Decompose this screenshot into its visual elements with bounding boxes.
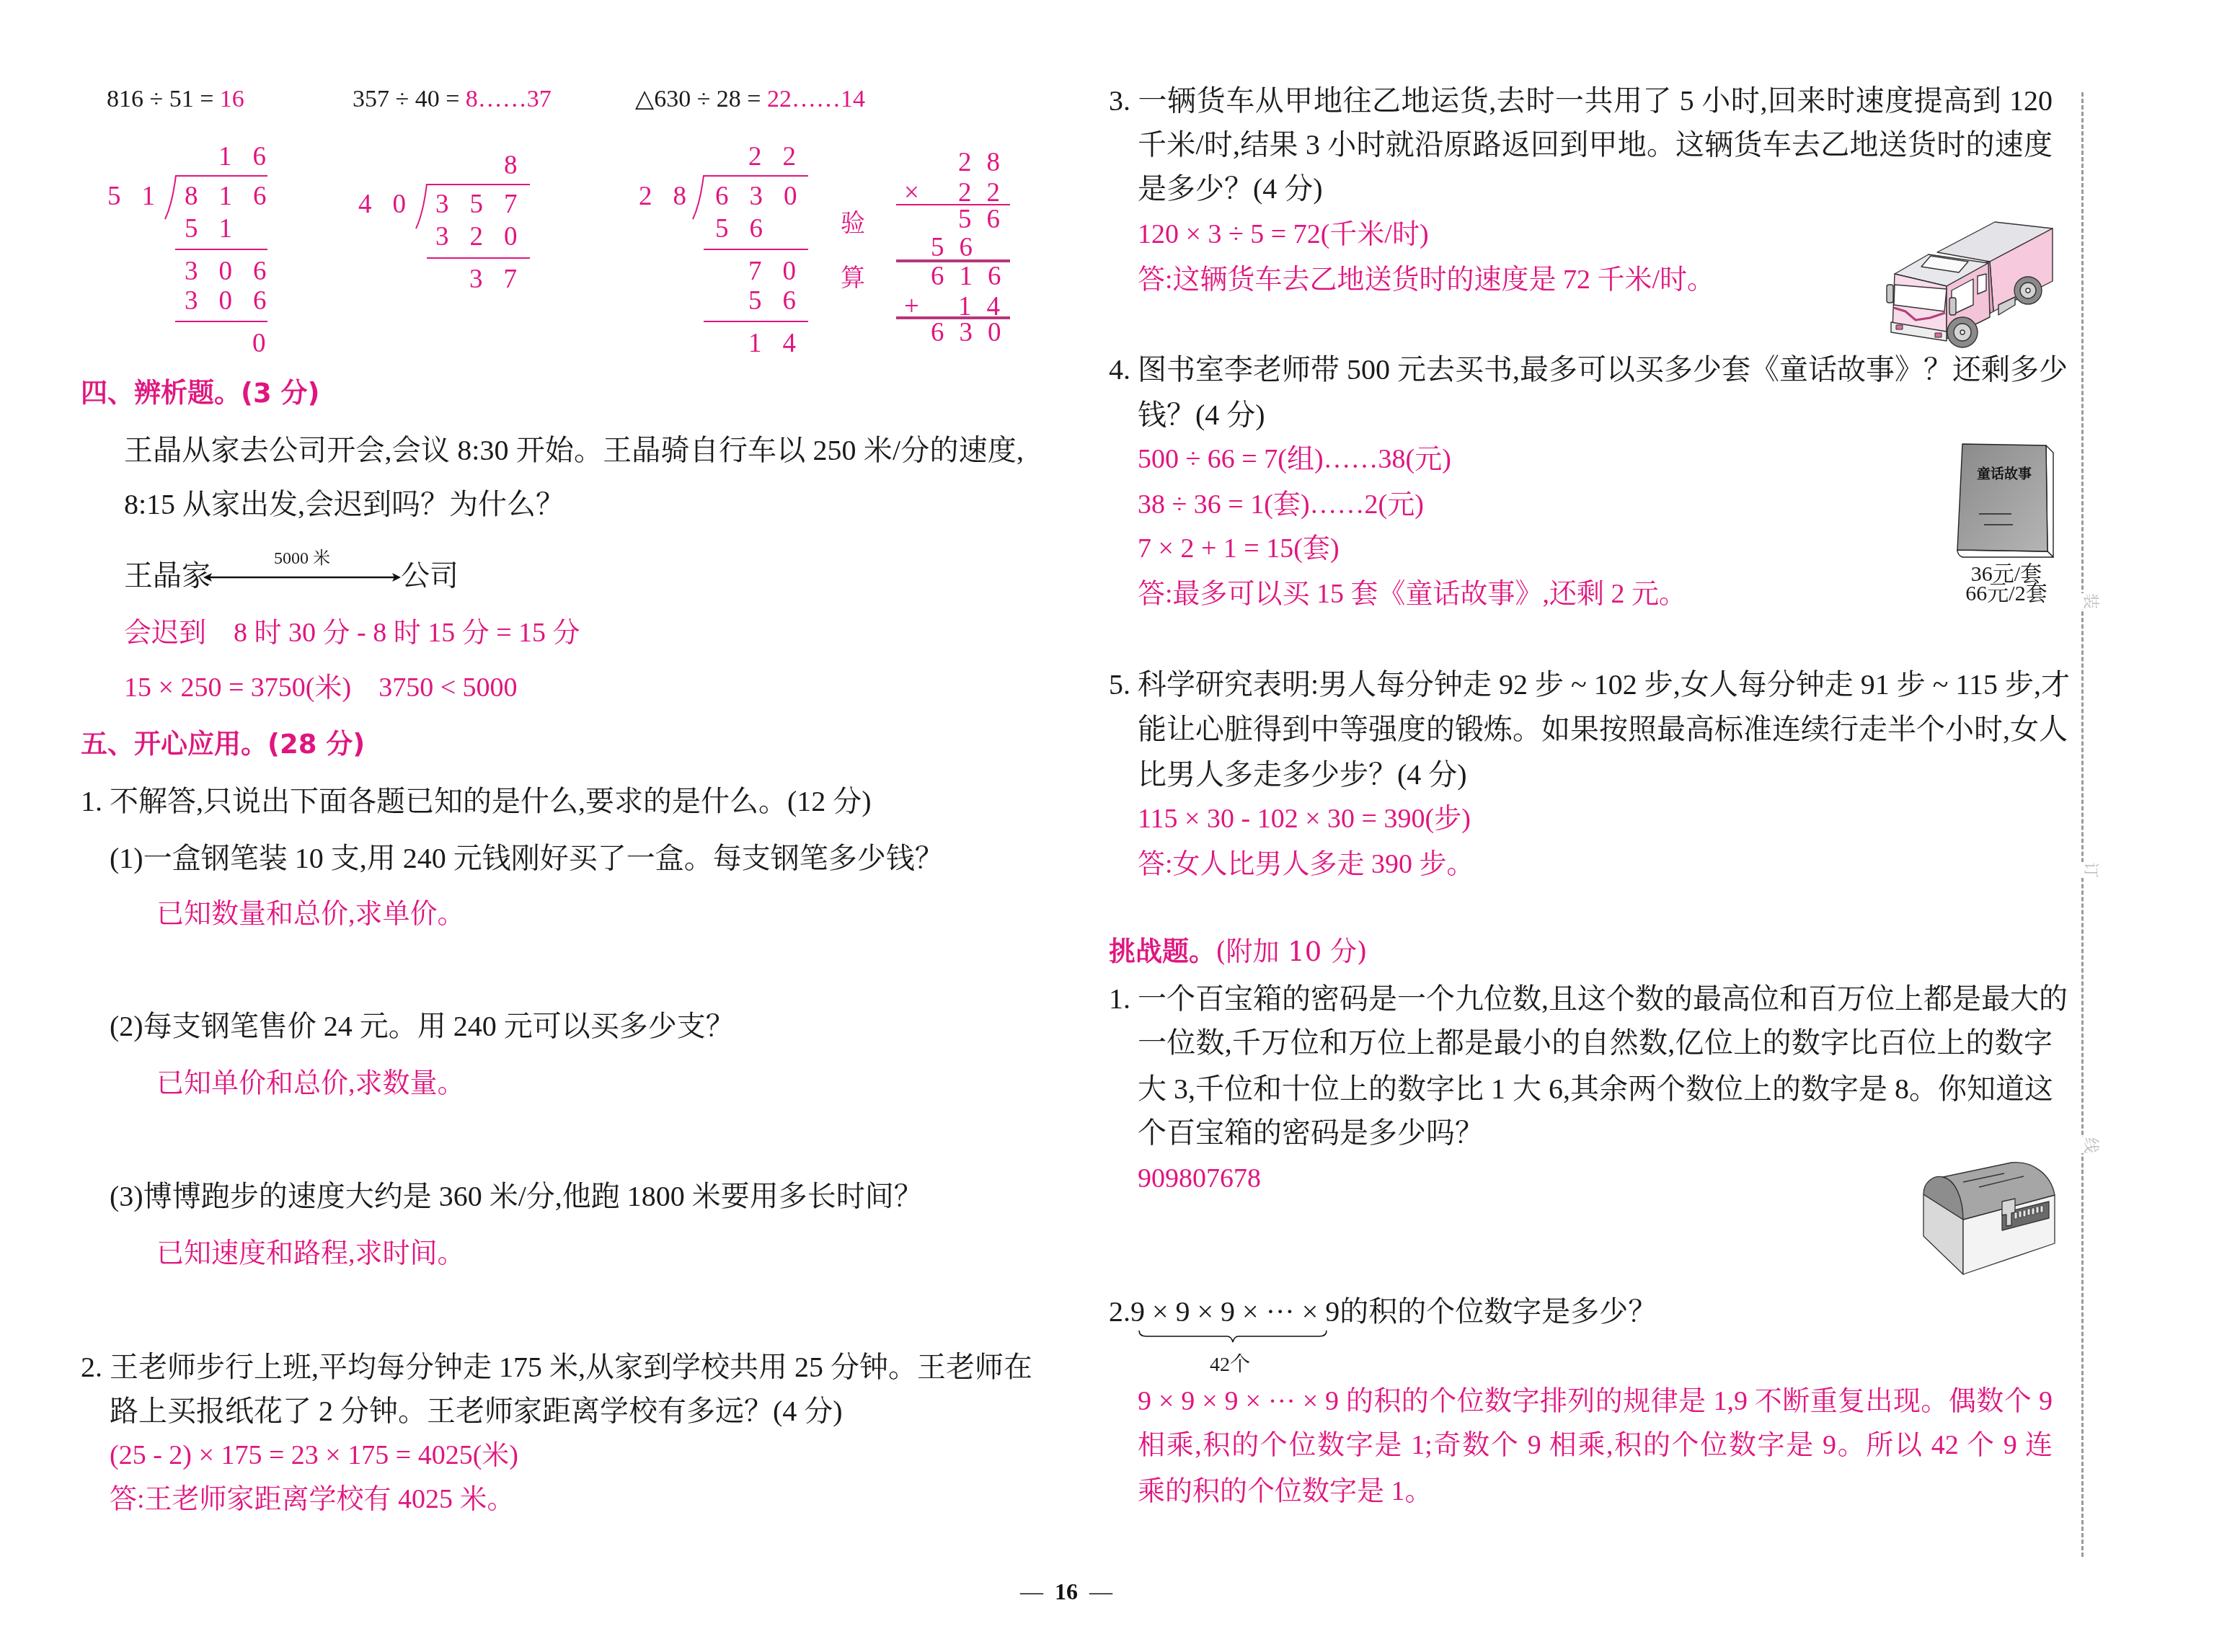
worksheet-page: 816 ÷ 51 = 16 357 ÷ 40 = 8……37 △630 ÷ 28… (0, 0, 2227, 1652)
partial-product: 56 (931, 234, 988, 262)
answer-line: (25 - 2) × 175 = 23 × 175 = 4025(米) (110, 1438, 518, 1473)
book-title: 童话故事 (1977, 466, 2032, 482)
diagram-to: 公司 (401, 559, 459, 593)
question-1-stem: 1. 不解答,只说出下面各题已知的是什么,要求的是什么。(12 分) (81, 784, 872, 819)
dividend: 357 (435, 190, 539, 219)
page-number-dash: — (1089, 1578, 1112, 1604)
sub-answer-1: 已知数量和总价,求单价。 (156, 897, 465, 931)
answer-line: 乘的积的个位数字是 1。 (1138, 1474, 1433, 1509)
problem-line: 王晶从家去公司开会,会议 8:30 开始。王晶骑自行车以 250 米/分的速度, (124, 433, 1024, 468)
verification-label: 验 (841, 209, 865, 238)
answer-line: 15 × 250 = 3750(米) 3750 < 5000 (124, 670, 518, 705)
check-total: 630 (931, 319, 1017, 347)
question-line: 是多少？(4 分) (1138, 172, 1323, 206)
answer-line: 会迟到 8 时 30 分 - 8 时 15 分 = 15 分 (124, 616, 580, 650)
brace-label: 42个 (1210, 1354, 1250, 1377)
quotient: 16 (218, 143, 287, 172)
answer-line: 500 ÷ 66 = 7(组)……38(元) (1138, 442, 1451, 476)
division-step: 51 (185, 215, 253, 244)
question-2-line: 路上买报纸花了 2 分钟。王老师家距离学校有多远？(4 分) (110, 1394, 843, 1429)
answer-line: 答:最多可以买 15 套《童话故事》,还剩 2 元。 (1138, 577, 1686, 611)
divisor: 40 (358, 190, 427, 219)
quotient: 8 (504, 151, 539, 180)
binding-label: 装 (2081, 593, 2099, 609)
question-line: 1. 一个百宝箱的密码是一个九位数,且这个数的最高位和百万位上都是最大的 (1109, 982, 2053, 1016)
question-line: 千米/时,结果 3 小时就沿原路返回到甲地。这辆货车去乙地送货时的速度 (1138, 128, 2053, 162)
question-line: 比男人多走多少步？(4 分) (1138, 758, 1467, 792)
binding-label: 线 (2081, 1137, 2099, 1153)
subtraction-line (704, 249, 808, 250)
binding-label: 订 (2081, 862, 2099, 878)
division-step: 306 (185, 287, 288, 316)
sub-answer-3: 已知速度和路程,求时间。 (156, 1236, 465, 1271)
question-line: 4. 图书室李老师带 500 元去买书,最多可以买多少套《童话故事》？还剩多少 (1109, 352, 2053, 387)
storybook-icon: 童话故事 (1947, 432, 2076, 562)
sub-question-1: (1)一盒钢笔装 10 支,用 240 元钱刚好买了一盒。每支钢笔多少钱？ (110, 841, 944, 876)
dividend: 816 (185, 182, 288, 211)
division-bar (175, 175, 267, 177)
question-line: 个百宝箱的密码是多少吗？ (1138, 1116, 1484, 1150)
times-sign: × (904, 179, 919, 208)
subtraction-line (704, 321, 808, 322)
division-step: 56 (715, 215, 784, 244)
section-title: 四、辨析题。(3 分) (81, 376, 319, 411)
division-bar (427, 184, 530, 185)
binding-dashed-line (2081, 92, 2084, 1557)
answer-line: 120 × 3 ÷ 5 = 72(千米/时) (1138, 217, 1429, 252)
question-suffix: 的积的个位数字是多少？ (1340, 1295, 1657, 1328)
divisor: 51 (107, 182, 176, 211)
answer-line: 115 × 30 - 102 × 30 = 390(步) (1138, 801, 1471, 836)
division-bar (704, 175, 808, 177)
sub-question-3: (3)博博跑步的速度大约是 360 米/分,他跑 1800 米要用多长时间？ (110, 1179, 923, 1214)
remainder: 0 (252, 329, 287, 358)
sub-question-2: (2)每支钢笔售价 24 元。用 240 元可以买多少支？ (110, 1009, 735, 1044)
question-line: 一位数,千万位和万位上都是最小的自然数,亿位上的数字比百位上的数字 (1138, 1026, 2053, 1060)
page-number-dash: — (1020, 1578, 1043, 1604)
answer-line: 7 × 2 + 1 = 15(套) (1138, 531, 1340, 566)
question-line: 大 3,千位和十位上的数字比 1 大 6,其余两个数位上的数字是 8。你知道这 (1138, 1072, 2053, 1106)
double-arrow-icon (202, 569, 404, 585)
page-number-value: 16 (1055, 1578, 1078, 1604)
question-line: 钱？(4 分) (1138, 398, 1265, 432)
underbrace-icon (1138, 1328, 1332, 1345)
answer-line: 38 ÷ 36 = 1(套)……2(元) (1138, 487, 1424, 522)
question-2-line: 2.9 × 9 × 9 × ··· × 9的积的个位数字是多少？ (1109, 1294, 1657, 1329)
product-expression: 9 × 9 × 9 × ··· × 9 (1130, 1295, 1340, 1328)
section-title: 五、开心应用。(28 分) (81, 727, 365, 762)
partial-product: 56 (958, 205, 1015, 234)
divisor: 28 (639, 182, 707, 211)
password-answer: 909807678 (1138, 1161, 1261, 1196)
treasure-chest-icon (1918, 1153, 2076, 1283)
answer-line: 答:女人比男人多走 390 步。 (1138, 847, 1474, 881)
subtraction-line (175, 321, 267, 322)
truck-illustration-icon (1874, 202, 2062, 360)
section-title: 挑战题。(附加 10 分) (1109, 935, 1367, 969)
page-number: —16— (994, 1577, 1138, 1606)
answer-line: 答:王老师家距离学校有 4025 米。 (110, 1482, 515, 1516)
challenge-title: 挑战题。 (1109, 936, 1216, 967)
diagram-from: 王晶家 (124, 559, 211, 593)
division-step: 56 (748, 287, 817, 316)
answer-line: 9 × 9 × 9 × ··· × 9 的积的个位数字排列的规律是 1,9 不断… (1138, 1384, 2053, 1418)
subtraction-line (175, 249, 267, 250)
product: 616 (931, 262, 1017, 291)
answer-line: 答:这辆货车去乙地送货时的速度是 72 千米/时。 (1138, 262, 1714, 297)
question-2-line: 2. 王老师步行上班,平均每分钟走 175 米,从家到学校共用 25 分钟。王老… (81, 1350, 1024, 1385)
question-line: 5. 科学研究表明:男人每分钟走 92 步 ~ 102 步,女人每分钟走 91 … (1109, 667, 2053, 702)
verification-label: 算 (841, 264, 865, 293)
question-line: 能让心脏得到中等强度的锻炼。如果按照最高标准连续行走半个小时,女人 (1138, 712, 2053, 747)
sub-answer-2: 已知单价和总价,求数量。 (156, 1066, 465, 1101)
quotient: 22 (748, 143, 817, 172)
question-line: 3. 一辆货车从甲地往乙地运货,去时一共用了 5 小时,回来时速度提高到 120 (1109, 84, 2053, 118)
division-step: 306 (185, 257, 288, 286)
dividend: 630 (715, 182, 818, 211)
multiplier: 22 (958, 179, 1015, 208)
subtraction-line (427, 257, 530, 259)
price-pair: 66元/2套 (1956, 582, 2057, 605)
challenge-bonus-note: (附加 10 分) (1216, 936, 1367, 967)
division-step: 320 (435, 223, 539, 252)
diagram-distance: 5000 米 (274, 549, 330, 569)
multiplicand: 28 (958, 148, 1015, 177)
remainder: 37 (469, 265, 538, 294)
division-step: 70 (748, 257, 817, 286)
question-number: 2. (1109, 1295, 1130, 1328)
problem-line: 8:15 从家出发,会迟到吗？为什么？ (124, 487, 565, 522)
remainder: 14 (748, 329, 817, 358)
answer-line: 相乘,积的个位数字是 1;奇数个 9 相乘,积的个位数字是 9。所以 42 个 … (1138, 1428, 2053, 1462)
